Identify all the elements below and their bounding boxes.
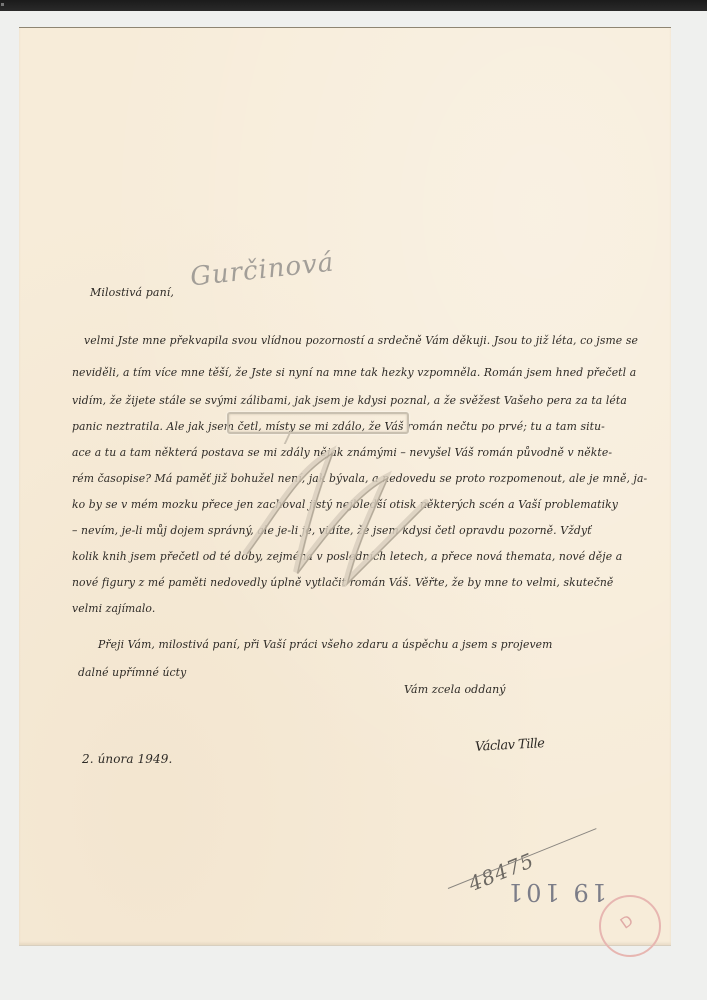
embossed-highlight-box [227,412,409,434]
valediction: Vám zcela oddaný [404,683,506,696]
body-line: vidím, že žijete stále se svými zálibami… [72,394,627,407]
body-line: velmi Jste mne překvapila svou vlídnou p… [84,334,638,347]
closing-line: Přeji Vám, milostivá paní, při Vaší prác… [98,638,553,651]
folio-mark: 19 101 [505,878,607,906]
stamp-mark: D [617,911,637,932]
letter-date: 2. února 1949. [82,752,172,766]
scanner-marker [1,3,4,6]
closing-line: dalné upřímné úcty [78,666,186,679]
salutation: Milostivá paní, [90,286,174,299]
embossed-scribble-mark [236,432,436,587]
body-line: neviděli, a tím více mne těší, že Jste s… [72,366,636,379]
scanner-top-bar [0,0,707,11]
archive-stamp: D [599,895,661,957]
body-line: velmi zajímalo. [72,602,155,615]
